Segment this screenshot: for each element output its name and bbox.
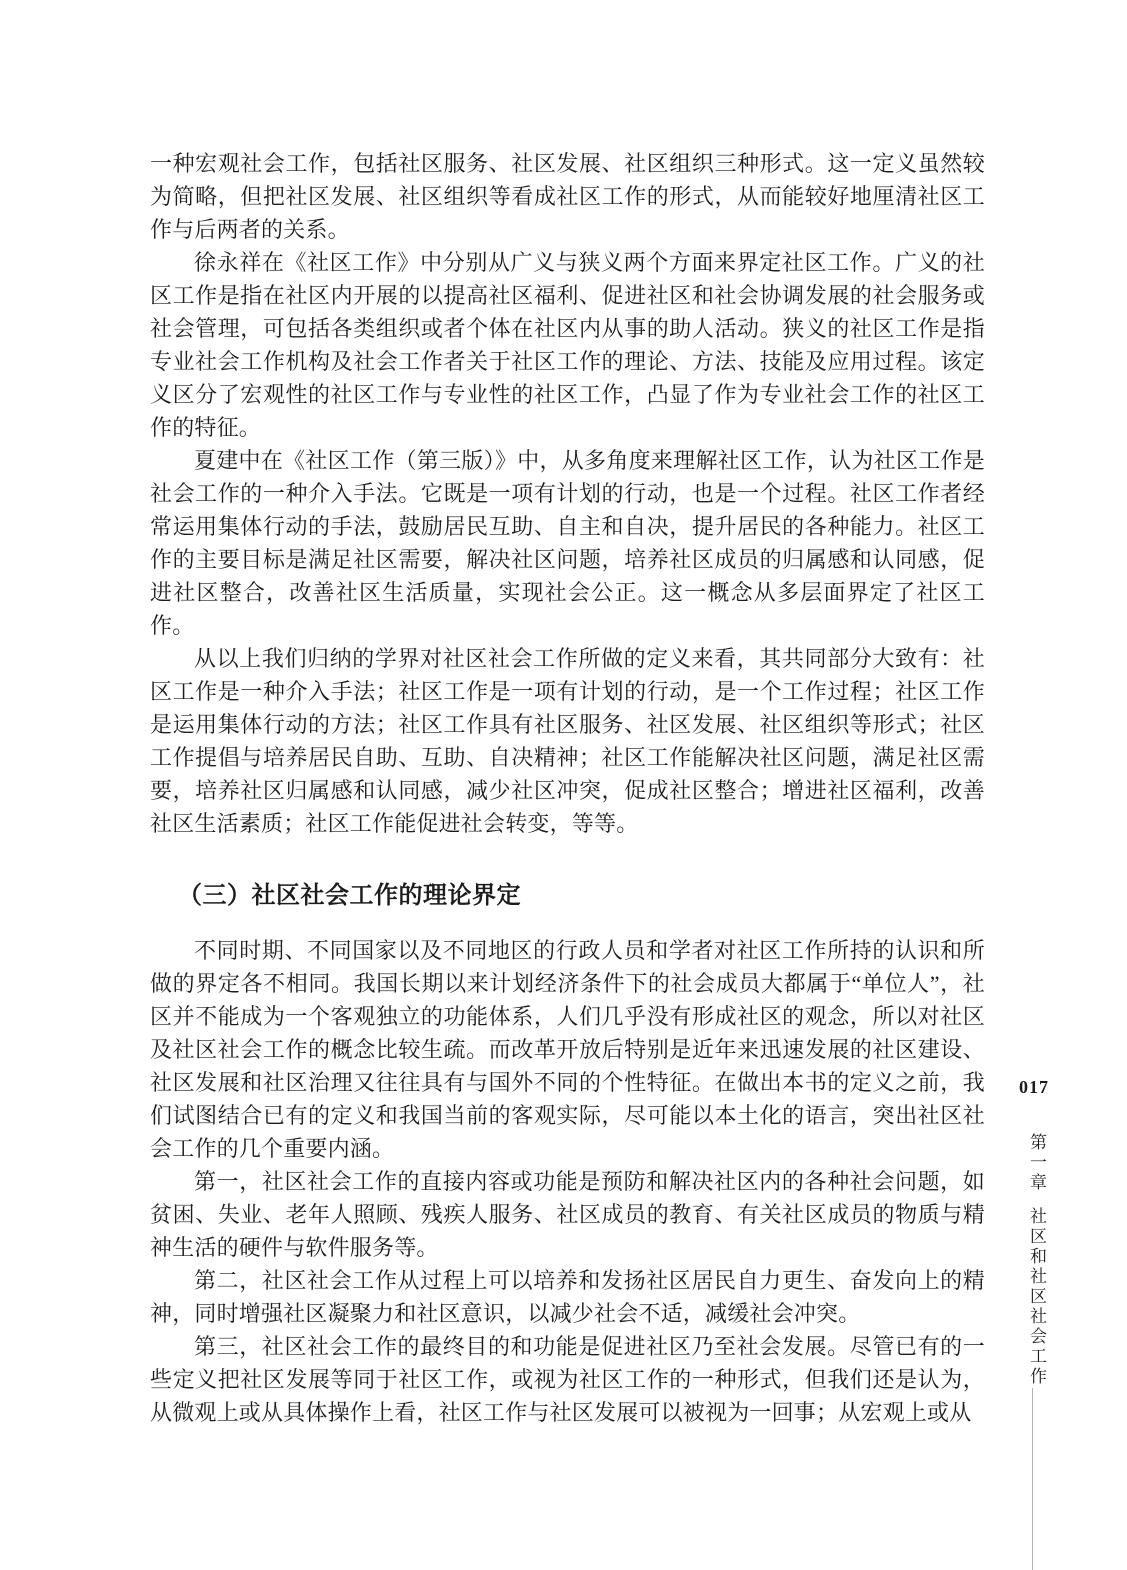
paragraph-xu-yongxiang-definition: 徐永祥在《社区工作》中分别从广义与狭义两个方面来界定社区工作。广义的社区工作是指… — [150, 246, 985, 444]
margin-vertical-rule — [1032, 1388, 1033, 1570]
paragraph-point-first: 第一，社区社会工作的直接内容或功能是预防和解决社区内的各种社会问题，如贫困、失业… — [150, 1165, 985, 1264]
paragraph-point-second: 第二，社区社会工作从过程上可以培养和发扬社区居民自力更生、奋发向上的精神，同时增… — [150, 1264, 985, 1330]
main-text-column: 一种宏观社会工作，包括社区服务、社区发展、社区组织三种形式。这一定义虽然较为简略… — [150, 147, 985, 1429]
book-page: 一种宏观社会工作，包括社区服务、社区发展、社区组织三种形式。这一定义虽然较为简略… — [0, 0, 1127, 1570]
paragraph-definitions-summary: 从以上我们归纳的学界对社区社会工作所做的定义来看，其共同部分大致有：社区工作是一… — [150, 642, 985, 840]
page-number: 017 — [1019, 1077, 1049, 1098]
paragraph-point-third: 第三，社区社会工作的最终目的和功能是促进社区乃至社会发展。尽管已有的一些定义把社… — [150, 1330, 985, 1429]
chapter-number-vertical: 第一章 — [1024, 1133, 1049, 1193]
paragraph-xia-jianzhong-definition: 夏建中在《社区工作（第三版）》中，从多角度来理解社区工作，认为社区工作是社会工作… — [150, 444, 985, 642]
chapter-title-vertical: 社区和社区社会工作 — [1024, 1207, 1049, 1387]
paragraph-different-periods: 不同时期、不同国家以及不同地区的行政人员和学者对社区工作所持的认识和所做的界定各… — [150, 934, 985, 1165]
paragraph-continuation: 一种宏观社会工作，包括社区服务、社区发展、社区组织三种形式。这一定义虽然较为简略… — [150, 147, 985, 246]
section-heading: （三）社区社会工作的理论界定 — [150, 876, 985, 916]
